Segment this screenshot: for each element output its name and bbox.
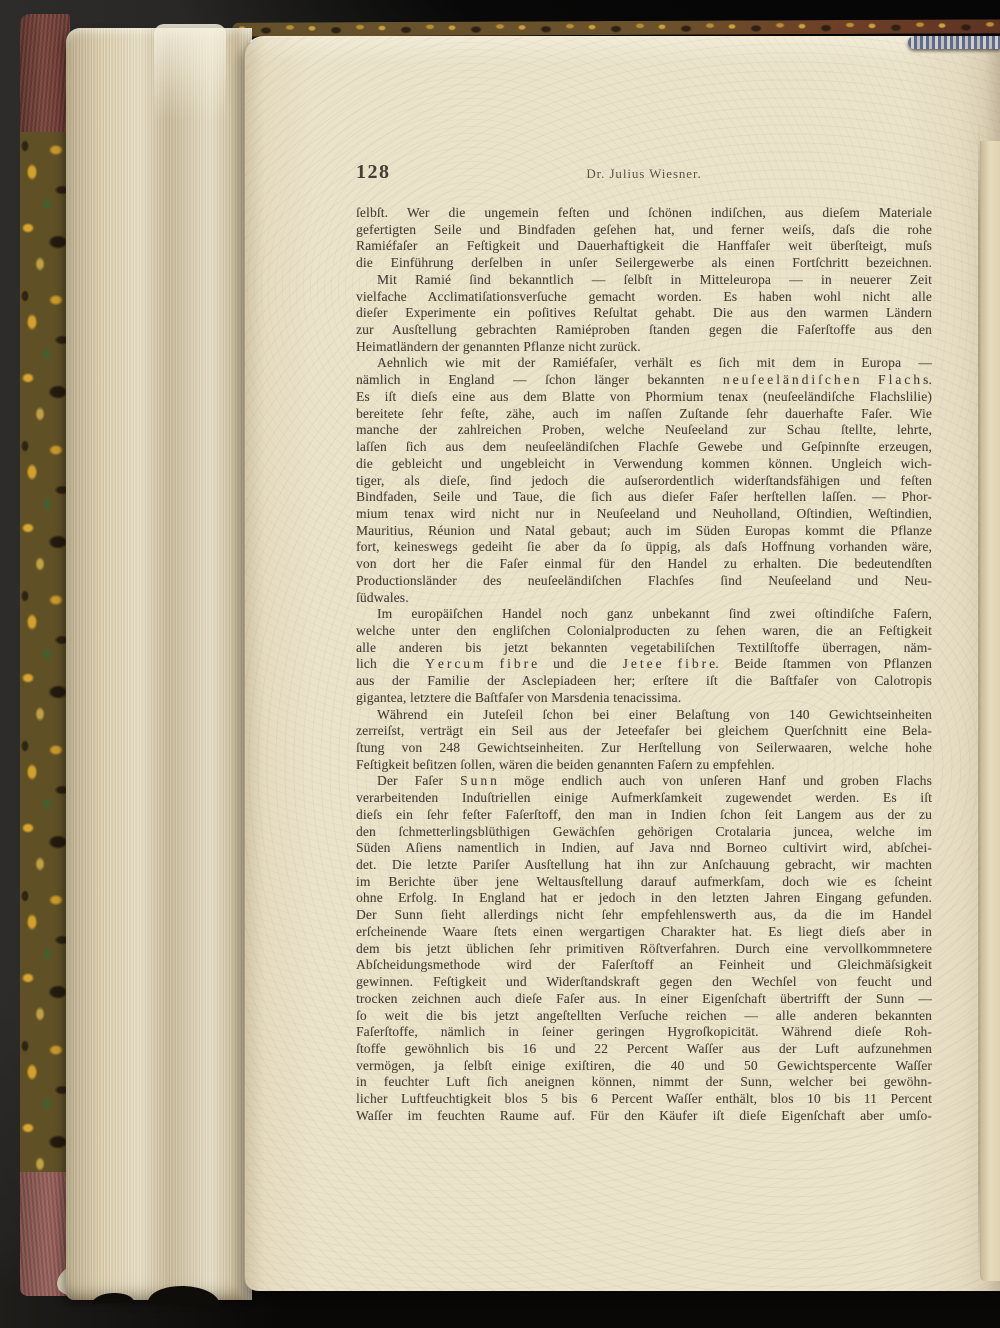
paragraph: Der Faſer S u n n möge endlich auch von … [356,773,932,1124]
text-line: alle anderen bis jetzt bekannten vegetab… [356,640,932,657]
paragraph: Während ein Juteſeil ſchon bei einer Bel… [356,707,932,774]
text-line: zerreiſst, verträgt ein Seil aus der Jet… [356,723,932,740]
text-line: Mauritius, Réunion und Natal gebaut; auc… [356,523,932,540]
text-line: Der Sunn ſieht allerdings nicht ſehr emp… [356,907,932,924]
text-line: Ramiéfaſer an Feſtigkeit und Dauerhaftig… [356,238,932,255]
text-line: in feuchter Luft ſich aneignen können, n… [356,1074,932,1091]
text-line: zur Ausſtellung gebrachten Ramiéproben ſ… [356,322,932,339]
text-line: Während ein Juteſeil ſchon bei einer Bel… [356,707,932,724]
text-line: von dort her die Faſer einmal für den Ha… [356,556,932,573]
text-line: im Berichte über jene Weltausſtellung da… [356,874,932,891]
text-line: dieſs ein ſehr feſter Faſerſtoff, den ma… [356,807,932,824]
text-line: manche der zahlreichen Proben, welche Ne… [356,422,932,439]
text-line: ſtung von 248 Gewichtseinheiten. Zur Her… [356,740,932,757]
text-line: gefertigten Seile und Bindfaden geſehen … [356,222,932,239]
text-line: erſcheinende Waare ſtets einen wergartig… [356,924,932,941]
cover-marbled-paper [20,132,70,1172]
paragraph: Im europäiſchen Handel noch ganz unbekan… [356,606,932,706]
text-line: dieſer Experimente ein poſitives Reſulta… [356,305,932,322]
text-line: die gebleicht und ungebleicht in Verwend… [356,456,932,473]
text-line: verarbeitenden Induſtriellen einige Aufm… [356,790,932,807]
text-line: laſſen ſich aus dem neuſeeländiſchen Fla… [356,439,932,456]
text-line: ſüdwales. [356,590,932,607]
text-line: Productionsländer des neuſeeländiſchen F… [356,573,932,590]
text-line: det. Die letzte Pariſer Ausſtellung hat … [356,857,932,874]
headband [908,36,1000,49]
text-line: vermögen, ja ſelbſt einige exiſtiren, di… [356,1058,932,1075]
text-line: aus der Familie der Asclepiadeen her; er… [356,673,932,690]
text-line: welche unter den engliſchen Colonialprod… [356,623,932,640]
paragraph: ſelbſt. Wer die ungemein feſten und ſchö… [356,205,932,272]
text-line: vielfache Acclimatiſationsverſuche gemac… [356,289,932,306]
text-line: gewinnen. Feſtigkeit und Widerſtandskraf… [356,974,932,991]
text-line: gigantea, letztere die Baſtfaſer von Mar… [356,690,932,707]
text-line: Heimatländern der genannten Pflanze nich… [356,339,932,356]
text-line: Bindfaden, Seile und Taue, die ſich aus … [356,489,932,506]
text-line: Abſcheidungsmethode wird der Faſerſtoff … [356,957,932,974]
text-block: ſelbſt. Wer die ungemein feſten und ſchö… [356,205,932,1125]
text-line: ſtoffe gewöhnlich bis 16 und 22 Percent … [356,1041,932,1058]
paragraph: Mit Ramié ſind bekanntlich — ſelbſt in M… [356,272,932,356]
text-line: tiger, als dieſe, ſind jedoch die auſser… [356,473,932,490]
cover-leather-top [20,14,70,132]
page-number: 128 [356,161,391,184]
text-line: Der Faſer S u n n möge endlich auch von … [356,773,932,790]
text-line: licher Luftfeuchtigkeit blos 5 bis 6 Per… [356,1091,932,1108]
text-line: lich die Y e r c u m f i b r e und die J… [356,656,932,673]
book-cover [20,14,70,1296]
text-line: ohne Erfolg. In England hat er jedoch in… [356,890,932,907]
text-line: Waſſer im feuchten Raume auf. Für den Kä… [356,1108,932,1125]
fore-edge-pages [66,28,252,1300]
text-line: mium tenax wird nicht nur in Neuſeeland … [356,506,932,523]
text-line: Aehnlich wie mit der Ramiéfaſer, verhält… [356,355,932,372]
text-line: Faſerſtoffe, nämlich in ſeiner geringen … [356,1024,932,1041]
text-line: ſelbſt. Wer die ungemein feſten und ſchö… [356,205,932,222]
text-line: Süden Aſiens namentlich in Indien, auf J… [356,840,932,857]
text-line: ſo weit die bis jetzt angeſtellten Verſu… [356,1008,932,1025]
text-line: Mit Ramié ſind bekanntlich — ſelbſt in M… [356,272,932,289]
text-line: Es iſt dieſs eine aus dem Blatte von Pho… [356,389,932,406]
text-line: bereitete ſehr feſte, zähe, auch im naſſ… [356,406,932,423]
text-line: fort, keineswegs gedeiht ſie aber da ſo … [356,539,932,556]
text-line: Feſtigkeit beſitzen ſollen, wären die be… [356,757,932,774]
paragraph: Aehnlich wie mit der Ramiéfaſer, verhält… [356,355,932,606]
running-header: Dr. Julius Wiesner. [356,161,932,182]
page-header: 128 Dr. Julius Wiesner. [356,161,932,191]
text-line: die Einführung derſelben in unſer Seiler… [356,255,932,272]
text-line: Im europäiſchen Handel noch ganz unbekan… [356,606,932,623]
text-line: den ſchmetterlingsblüthigen Gewächſen ge… [356,824,932,841]
text-line: trocken zeichnen auch dieſe Faſer aus. I… [356,991,932,1008]
text-line: nämlich in England — ſchon länger bekann… [356,372,932,389]
adjacent-page-edge [980,141,1000,1281]
text-line: dem bis jetzt üblichen ſehr primitiven R… [356,941,932,958]
book-page: 128 Dr. Julius Wiesner. ſelbſt. Wer die … [244,36,1000,1291]
